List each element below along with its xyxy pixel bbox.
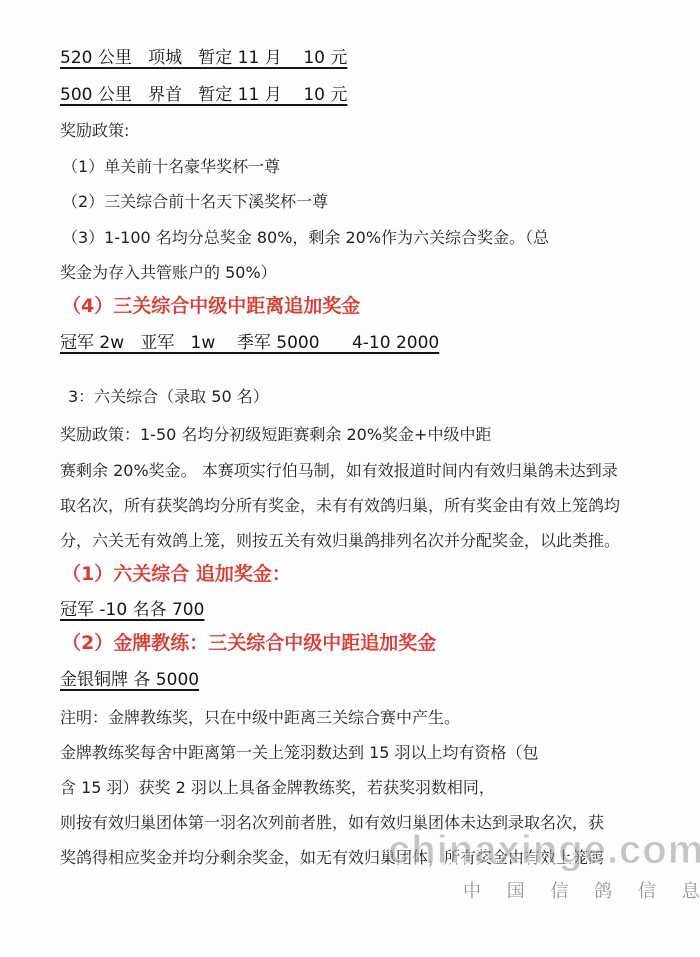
- policy-item-3-cont: 奖金为存入共管账户的 50%）: [60, 263, 277, 283]
- section-3-policy-line-4: 分，六关无有效鸽上笼，则按五关有效归巢鸽排列名次并分配奖金，以此类推。: [60, 531, 620, 551]
- bonus-1-title: （1）六关综合 追加奖金：: [62, 564, 291, 584]
- policy-item-3: （3）1-100 名均分总奖金 80%，剩余 20%作为六关综合奖金。（总: [62, 228, 549, 248]
- note-line-2: 金牌教练奖每舍中距离第一关上笼羽数达到 15 羽以上均有资格（包: [60, 743, 539, 763]
- section-3-policy-line-2: 赛剩余 20%奖金。 本赛项实行伯马制，如有效报道时间内有效归巢鸽未达到录: [60, 461, 618, 481]
- note-line-1: 注明：金牌教练奖，只在中级中距离三关综合赛中产生。: [60, 708, 460, 728]
- section-3-title: 3：六关综合（录取 50 名）: [68, 387, 269, 407]
- bonus-4-prizes: 冠军 2w 亚军 1w 季军 5000 4-10 2000: [60, 333, 439, 353]
- bonus-2-prizes: 金银铜牌 各 5000: [60, 670, 199, 690]
- section-3-policy-line-3: 取名次，所有获奖鸽均分所有奖金，未有有效鸽归巢，所有奖金由有效上笼鸽均: [60, 496, 620, 516]
- bonus-2-title: （2）金牌教练：三关综合中级中距追加奖金: [62, 633, 436, 653]
- bonus-4-title: （4）三关综合中级中距离追加奖金: [62, 296, 360, 316]
- policy-heading: 奖励政策:: [60, 121, 129, 141]
- document-page: 520 公里 项城 暂定 11 月 10 元 500 公里 界首 暂定 11 月…: [0, 0, 700, 957]
- policy-item-2: （2）三关综合前十名天下溪奖杯一尊: [62, 192, 328, 212]
- watermark-site-name: 中 国 信 鸽 信 息 网: [463, 877, 700, 903]
- bonus-1-prizes: 冠军 -10 名各 700: [60, 600, 204, 620]
- route-line-jieshou: 500 公里 界首 暂定 11 月 10 元: [60, 85, 347, 105]
- section-3-policy-line-1: 奖励政策：1-50 名均分初级短距赛剩余 20%奖金+中级中距: [60, 425, 491, 445]
- watermark-domain: chinaxinge.com: [388, 828, 700, 873]
- policy-item-1: （1）单关前十名豪华奖杯一尊: [62, 157, 280, 177]
- note-line-3: 含 15 羽）获奖 2 羽以上具备金牌教练奖，若获奖羽数相同，: [60, 778, 495, 798]
- route-line-xiangcheng: 520 公里 项城 暂定 11 月 10 元: [60, 48, 347, 68]
